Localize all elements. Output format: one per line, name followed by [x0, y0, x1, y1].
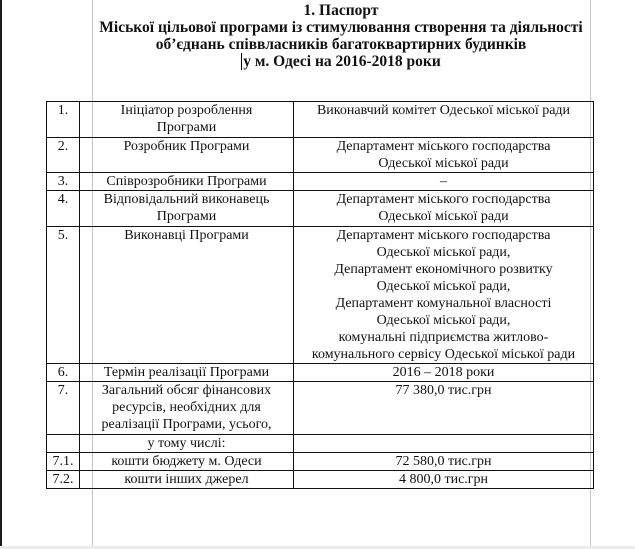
- row-label-text: реалізації Програми, усього,: [82, 416, 291, 433]
- row-label-text: ресурсів, необхідних для: [82, 399, 291, 416]
- table-row: у тому числі:: [47, 435, 594, 453]
- row-number-text: 4.: [49, 191, 77, 208]
- row-label[interactable]: Співрозробники Програми: [80, 173, 294, 191]
- row-label[interactable]: кошти інших джерел: [80, 471, 294, 489]
- table-row: 6.Термін реалізації Програми2016 – 2018 …: [47, 364, 594, 382]
- row-value[interactable]: 2016 – 2018 роки: [294, 364, 594, 382]
- row-number-text: 7.: [49, 382, 77, 399]
- page-left-edge: [0, 0, 2, 549]
- table-row: 7.2.кошти інших джерел4 800,0 тис.грн: [47, 471, 594, 489]
- row-label-text: Ініціатор розроблення: [82, 102, 291, 119]
- row-value-text: комунальні підприємства житлово-: [296, 329, 591, 346]
- table-row: 5.Виконавці ПрограмиДепартамент міського…: [47, 227, 594, 364]
- row-value-text: Департамент міського господарства: [296, 138, 591, 155]
- row-value-text: Одеської міської ради,: [296, 244, 591, 261]
- row-value-text: Департамент міського господарства: [296, 191, 591, 208]
- table-row: 2.Розробник ПрограмиДепартамент міського…: [47, 138, 594, 173]
- row-label-text: Загальний обсяг фінансових: [82, 382, 291, 399]
- title-line-3: об’єднань співвласників багатоквартирних…: [92, 36, 590, 53]
- row-label[interactable]: Розробник Програми: [80, 138, 294, 173]
- row-number[interactable]: 7.1.: [47, 453, 80, 471]
- row-number-text: 7.1.: [49, 453, 77, 470]
- row-number-text: 2.: [49, 138, 77, 155]
- row-value-text: 4 800,0 тис.грн: [296, 471, 591, 488]
- row-value-text: Департамент комунальної власності: [296, 295, 591, 312]
- row-value-text: 2016 – 2018 роки: [296, 364, 591, 381]
- row-label-text: кошти інших джерел: [82, 471, 291, 488]
- row-value[interactable]: 72 580,0 тис.грн: [294, 453, 594, 471]
- row-number[interactable]: 7.2.: [47, 471, 80, 489]
- row-value-text: комунального сервісу Одеської міської ра…: [296, 346, 591, 363]
- row-label-text: Розробник Програми: [82, 138, 291, 155]
- row-number[interactable]: [47, 435, 80, 453]
- row-label-text: Термін реалізації Програми: [82, 364, 291, 381]
- row-label-text: Співрозробники Програми: [82, 173, 291, 190]
- row-label[interactable]: Виконавці Програми: [80, 227, 294, 364]
- title-line-4: у м. Одесі на 2016-2018 роки: [92, 53, 590, 70]
- row-label-text: Відповідальний виконавець: [82, 191, 291, 208]
- row-label-text: у тому числі:: [82, 435, 291, 452]
- title-heading: 1. Паспорт: [92, 2, 590, 19]
- row-value-text: Виконавчий комітет Одеської міської ради: [296, 102, 591, 119]
- row-number[interactable]: 2.: [47, 138, 80, 173]
- row-value[interactable]: Департамент міського господарстваОдесько…: [294, 191, 594, 227]
- row-value[interactable]: 4 800,0 тис.грн: [294, 471, 594, 489]
- row-value[interactable]: –: [294, 173, 594, 191]
- row-value[interactable]: [294, 435, 594, 453]
- table-row: 7.1.кошти бюджету м. Одеси72 580,0 тис.г…: [47, 453, 594, 471]
- row-label[interactable]: Термін реалізації Програми: [80, 364, 294, 382]
- row-number-text: 5.: [49, 227, 77, 244]
- row-value[interactable]: Департамент міського господарстваОдесько…: [294, 138, 594, 173]
- row-label[interactable]: Загальний обсяг фінансовихресурсів, необ…: [80, 382, 294, 435]
- table-row: 3.Співрозробники Програми–: [47, 173, 594, 191]
- row-value[interactable]: 77 380,0 тис.грн: [294, 382, 594, 435]
- row-value-text: Одеської міської ради,: [296, 278, 591, 295]
- row-value-text: Департамент міського господарства: [296, 227, 591, 244]
- row-value-text: –: [296, 173, 591, 190]
- row-value[interactable]: Департамент міського господарстваОдесько…: [294, 227, 594, 364]
- table-row: 7.Загальний обсяг фінансовихресурсів, не…: [47, 382, 594, 435]
- row-label[interactable]: Ініціатор розробленняПрограми: [80, 102, 294, 138]
- row-number[interactable]: 4.: [47, 191, 80, 227]
- row-value-text: Одеської міської ради: [296, 155, 591, 172]
- passport-table: 1.Ініціатор розробленняПрограмиВиконавчи…: [46, 101, 594, 489]
- row-value-text: Одеської міської ради,: [296, 312, 591, 329]
- row-number-text: 7.2.: [49, 471, 77, 488]
- row-value-text: Департамент економічного розвитку: [296, 261, 591, 278]
- row-label-text: кошти бюджету м. Одеси: [82, 453, 291, 470]
- row-label-text: Програми: [82, 208, 291, 225]
- row-value[interactable]: Виконавчий комітет Одеської міської ради: [294, 102, 594, 138]
- row-number[interactable]: 6.: [47, 364, 80, 382]
- row-value-text: 72 580,0 тис.грн: [296, 453, 591, 470]
- document-title[interactable]: 1. Паспорт Міської цільової програми із …: [92, 2, 590, 70]
- row-label-text: Програми: [82, 119, 291, 136]
- row-label[interactable]: Відповідальний виконавецьПрограми: [80, 191, 294, 227]
- row-number[interactable]: 5.: [47, 227, 80, 364]
- title-line-2: Міської цільової програми із стимулюванн…: [92, 19, 590, 36]
- row-value-text: Одеської міської ради: [296, 208, 591, 225]
- table-row: 1.Ініціатор розробленняПрограмиВиконавчи…: [47, 102, 594, 138]
- title-line-4-text: у м. Одесі на 2016-2018 роки: [243, 53, 441, 70]
- row-label-text: Виконавці Програми: [82, 227, 291, 244]
- row-number-text: 1.: [49, 102, 77, 119]
- row-label[interactable]: кошти бюджету м. Одеси: [80, 453, 294, 471]
- row-number-text: 6.: [49, 364, 77, 381]
- row-number[interactable]: 1.: [47, 102, 80, 138]
- row-value-text: 77 380,0 тис.грн: [296, 382, 591, 399]
- row-label[interactable]: у тому числі:: [80, 435, 294, 453]
- row-number[interactable]: 7.: [47, 382, 80, 435]
- row-number-text: 3.: [49, 173, 77, 190]
- row-number[interactable]: 3.: [47, 173, 80, 191]
- table-row: 4.Відповідальний виконавецьПрограмиДепар…: [47, 191, 594, 227]
